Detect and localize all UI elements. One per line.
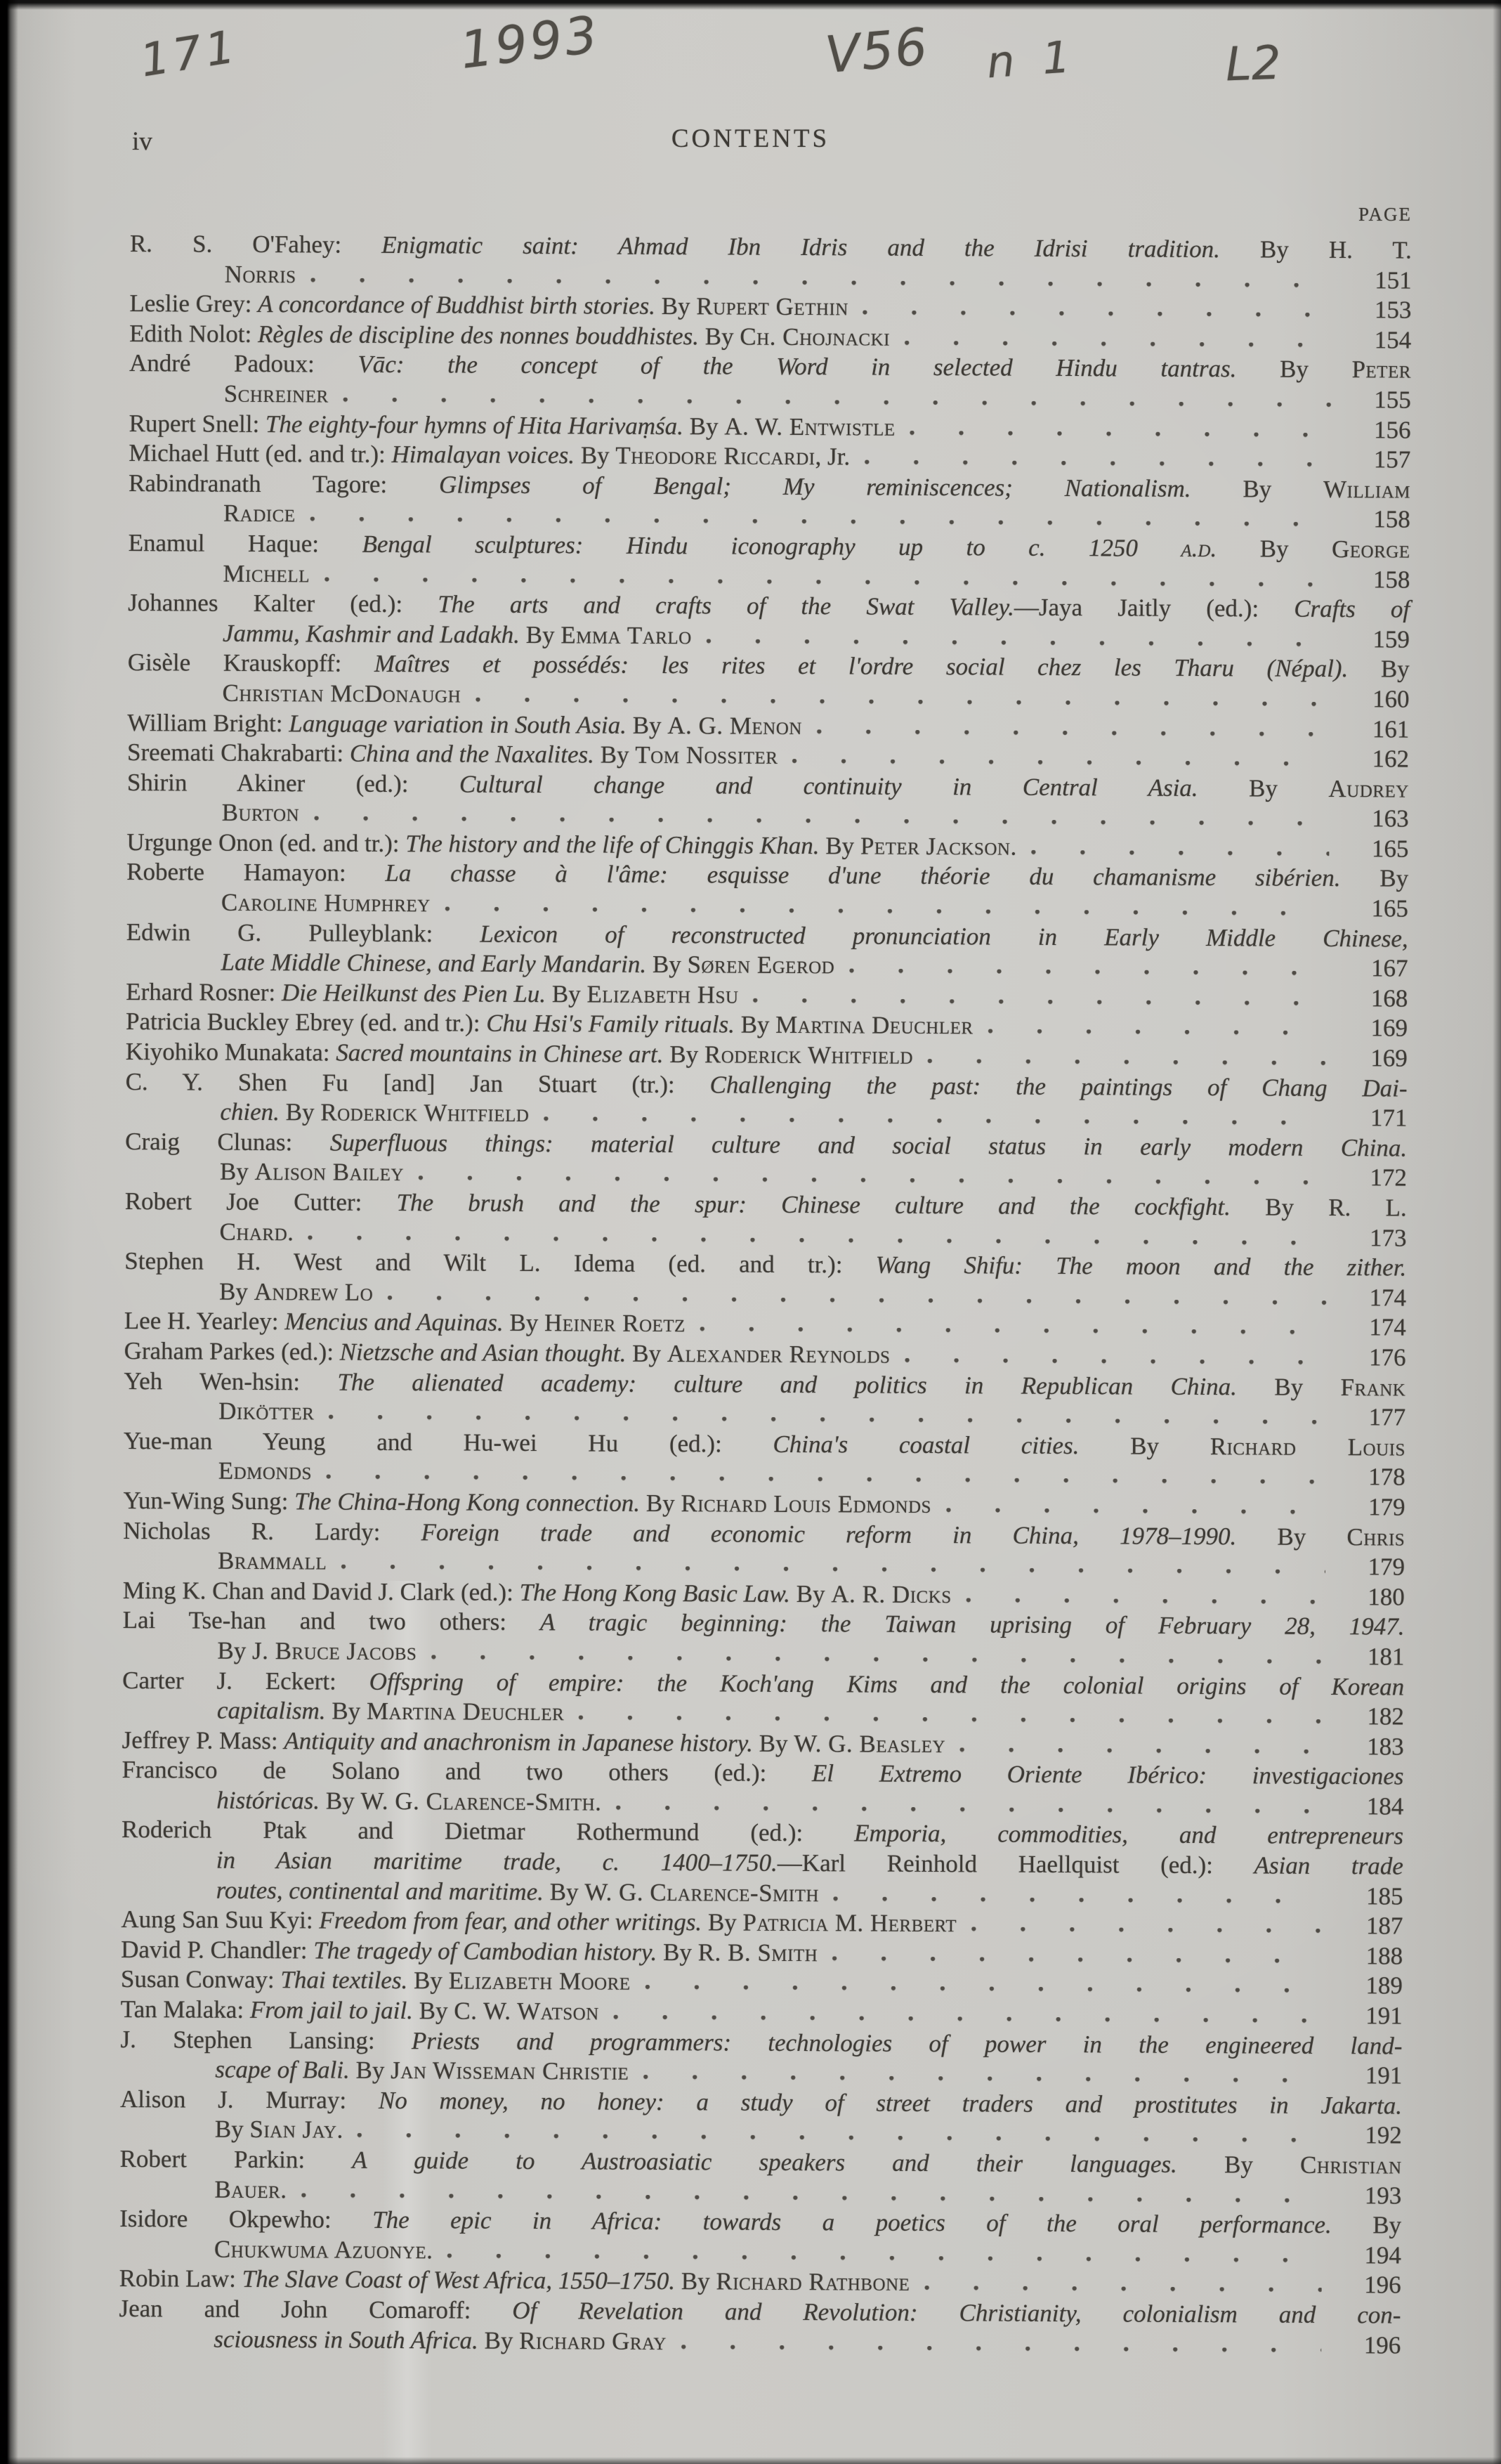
page-number: 179 <box>1338 1492 1405 1523</box>
dot-leader <box>615 1806 1324 1814</box>
entry-text: By Sian Jay. <box>215 2115 343 2146</box>
page-number: 187 <box>1336 1911 1403 1941</box>
handwritten-annotation: 171 <box>137 20 242 87</box>
scan-edge-bottom <box>0 2457 1501 2464</box>
entry-text: William Bright: Language variation in So… <box>127 708 802 741</box>
entry-text: Radice <box>223 499 296 529</box>
page-number: 189 <box>1336 1971 1403 2001</box>
entry-text: Graham Parkes (ed.): Nietzsche and Asian… <box>124 1336 891 1370</box>
dot-leader <box>387 1296 1327 1305</box>
entry-text: chien. By Roderick Whitfield <box>220 1097 529 1129</box>
entry-text: scape of Bali. By Jan Wisseman Christie <box>215 2055 629 2087</box>
page-number: 196 <box>1334 2331 1401 2361</box>
toc-entry: Lai Tse-han and two others: A tragic beg… <box>122 1605 1404 1672</box>
entry-text: Chukwuma Azuonye. <box>214 2234 433 2265</box>
entry-text: sciousness in South Africa. By Richard G… <box>214 2324 667 2357</box>
dot-leader <box>475 697 1330 706</box>
handwritten-annotation: V56 <box>823 17 931 84</box>
toc-entry: Johannes Kalter (ed.): The arts and craf… <box>128 588 1410 655</box>
entry-text: Michael Hutt (ed. and tr.): Himalayan vo… <box>129 438 850 472</box>
dot-leader <box>613 2015 1323 2023</box>
entry-text: Leslie Grey: A concordance of Buddhist b… <box>129 289 848 322</box>
page-number: 167 <box>1341 953 1408 984</box>
page-number: 192 <box>1335 2120 1402 2151</box>
entry-text: Roderich Ptak and Dietmar Rothermund (ed… <box>122 1816 1403 1850</box>
dot-leader <box>445 906 1329 916</box>
dot-leader <box>904 1358 1326 1365</box>
entry-text: Chard. <box>219 1217 294 1247</box>
scan-edge-right <box>1493 0 1501 2464</box>
entry-text: Robin Law: The Slave Coast of West Afric… <box>119 2264 910 2297</box>
toc-entry: R. S. O'Fahey: Enigmatic saint: Ahmad Ib… <box>130 229 1412 296</box>
dot-leader <box>301 2193 1322 2203</box>
page-number: 183 <box>1337 1732 1404 1762</box>
dot-leader <box>863 311 1332 318</box>
page-number: 155 <box>1344 385 1411 415</box>
entry-text: Robert Joe Cutter: The brush and the spu… <box>125 1187 1407 1222</box>
entry-text: Jeffrey P. Mass: Antiquity and anachroni… <box>122 1726 946 1760</box>
page-number: 171 <box>1340 1103 1407 1133</box>
toc-entry: Shirin Akiner (ed.): Cultural change and… <box>127 768 1409 835</box>
entry-text: R. S. O'Fahey: Enigmatic saint: Ahmad Ib… <box>130 230 1412 264</box>
page-number: 156 <box>1344 415 1410 445</box>
entry-text: Stephen H. West and Wilt L. Idema (ed. a… <box>124 1247 1406 1282</box>
entry-text: Carter J. Eckert: Offspring of empire: t… <box>122 1666 1404 1700</box>
dot-leader <box>700 1327 1327 1336</box>
dot-leader <box>447 2253 1322 2263</box>
page-number: 157 <box>1344 445 1410 475</box>
page-number: 154 <box>1344 325 1411 356</box>
entry-text: Lee H. Yearley: Mencius and Aquinas. By … <box>124 1306 686 1339</box>
dot-leader <box>910 430 1332 437</box>
entry-text: By Andrew Lo <box>219 1277 373 1308</box>
entry-text: Johannes Kalter (ed.): The arts and craf… <box>128 589 1410 623</box>
toc-entry: Roberte Hamayon: La chasse à l'âme: esqu… <box>126 857 1408 924</box>
page-number: 178 <box>1339 1462 1405 1492</box>
dot-leader <box>959 1747 1325 1754</box>
dot-leader <box>966 1598 1325 1605</box>
toc-entry: Enamul Haque: Bengal sculptures: Hindu i… <box>128 528 1410 595</box>
page-number: 165 <box>1342 834 1408 864</box>
scan-edge-top <box>0 0 1501 10</box>
dot-leader <box>904 341 1332 348</box>
entry-text: Shirin Akiner (ed.): Cultural change and… <box>127 769 1409 803</box>
handwritten-annotation: 1993 <box>457 4 603 80</box>
entry-text: By J. Bruce Jacobs <box>217 1636 417 1667</box>
toc-entry: Yue-man Yeung and Hu-wei Hu (ed.): China… <box>124 1426 1405 1493</box>
toc-entry: Nicholas R. Lardy: Foreign trade and eco… <box>123 1516 1405 1583</box>
entry-text: in Asian maritime trade, c. 1400–1750.—K… <box>216 1846 1403 1880</box>
page-number: 182 <box>1337 1702 1404 1732</box>
page-number: 161 <box>1342 715 1409 745</box>
page-number: 191 <box>1335 2061 1402 2091</box>
page-number: 169 <box>1341 1043 1408 1074</box>
entry-text: Ming K. Chan and David J. Clark (ed.): T… <box>123 1576 952 1610</box>
entry-text: Rupert Snell: The eighty-four hymns of H… <box>129 409 895 443</box>
entry-text: David P. Chandler: The tragedy of Cambod… <box>121 1935 818 1969</box>
dot-leader <box>833 1896 1324 1904</box>
toc-entry: Stephen H. West and Wilt L. Idema (ed. a… <box>124 1246 1406 1313</box>
entry-text: Bauer. <box>214 2175 287 2205</box>
page-number: 168 <box>1341 984 1408 1014</box>
toc-entry: Gisèle Krauskopff: Maîtres et possédés: … <box>127 648 1409 715</box>
entry-text: Burton <box>222 798 300 828</box>
dot-leader <box>752 998 1328 1006</box>
dot-leader <box>578 1715 1325 1724</box>
dot-leader <box>313 816 1330 827</box>
toc-entry: Yeh Wen-hsin: The alienated academy: cul… <box>124 1367 1405 1433</box>
toc-entry: André Padoux: Vāc: the concept of the Wo… <box>129 348 1411 415</box>
entry-text: Yeh Wen-hsin: The alienated academy: cul… <box>124 1367 1405 1402</box>
dot-leader <box>643 2075 1323 2083</box>
dot-leader <box>543 1116 1328 1126</box>
entry-text: André Padoux: Vāc: the concept of the Wo… <box>129 349 1411 384</box>
dot-leader <box>864 460 1331 467</box>
handwritten-annotation: L2 <box>1225 36 1282 92</box>
page-number: 165 <box>1342 894 1408 924</box>
entry-text: Urgunge Onon (ed. and tr.): The history … <box>126 828 1016 862</box>
dot-leader <box>418 1176 1328 1186</box>
toc-entry: Robert Parkin: A guide to Austroasiatic … <box>119 2144 1401 2211</box>
dot-leader <box>945 1508 1326 1515</box>
entry-text: Aung San Suu Kyi: Freedom from fear, and… <box>121 1905 957 1939</box>
entry-text: Caroline Humphrey <box>221 888 431 919</box>
entry-text: Jammu, Kashmir and Ladakh. By Emma Tarlo <box>223 618 692 651</box>
page-number: 158 <box>1343 565 1410 595</box>
page-number: 196 <box>1335 2270 1401 2300</box>
entry-text: Yue-man Yeung and Hu-wei Hu (ed.): China… <box>124 1427 1405 1461</box>
toc-entry: Craig Clunas: Superfluous things: materi… <box>125 1127 1407 1194</box>
dot-leader <box>848 969 1328 977</box>
toc-entry: Rabindranath Tagore: Glimpses of Bengal;… <box>129 469 1410 535</box>
page-number: 181 <box>1337 1642 1404 1672</box>
entry-text: J. Stephen Lansing: Priests and programm… <box>120 2026 1402 2060</box>
page-number: 174 <box>1339 1283 1406 1313</box>
toc-entry: J. Stephen Lansing: Priests and programm… <box>120 2025 1402 2092</box>
page-column-label: PAGE <box>1358 204 1412 226</box>
entry-text: Enamul Haque: Bengal sculptures: Hindu i… <box>129 529 1410 563</box>
page-number: 151 <box>1345 266 1412 296</box>
page-number: 191 <box>1336 2001 1403 2031</box>
entry-text: Robert Parkin: A guide to Austroasiatic … <box>120 2145 1402 2179</box>
page-number: 173 <box>1339 1223 1406 1253</box>
toc-entry: Alison J. Murray: No money, no honey: a … <box>120 2085 1402 2151</box>
scanned-page: 1711993V56n 1L2 iv CONTENTS PAGE R. S. O… <box>0 0 1501 2464</box>
dot-leader <box>645 1985 1323 1993</box>
entry-text: históricas. By W. G. Clarence-Smith. <box>216 1786 601 1818</box>
toc-entry: Carter J. Eckert: Offspring of empire: t… <box>122 1665 1404 1732</box>
page-number: 184 <box>1337 1792 1403 1822</box>
page-number: 174 <box>1339 1312 1406 1343</box>
toc-entry: Edwin G. Pulleyblank: Lexicon of reconst… <box>126 918 1408 984</box>
entry-text: Patricia Buckley Ebrey (ed. and tr.): Ch… <box>126 1007 974 1041</box>
page-number: 176 <box>1339 1343 1406 1373</box>
entry-text: Edwin G. Pulleyblank: Lexicon of reconst… <box>126 918 1408 953</box>
page-number: 158 <box>1344 504 1410 535</box>
entry-text: Isidore Okpewho: The epic in Africa: tow… <box>119 2205 1401 2239</box>
page-number: 172 <box>1340 1163 1407 1193</box>
toc-entry: Jean and John Comaroff: Of Revelation an… <box>119 2294 1401 2361</box>
page-number: 159 <box>1343 625 1410 655</box>
page-number: 177 <box>1339 1402 1405 1433</box>
dot-leader <box>681 2345 1321 2353</box>
dot-leader <box>308 1235 1328 1246</box>
entry-text: C. Y. Shen Fu [and] Jan Stuart (tr.): Ch… <box>126 1068 1408 1102</box>
entry-text: Kiyohiko Munakata: Sacred mountains in C… <box>126 1037 913 1071</box>
dot-leader <box>792 759 1330 767</box>
page-number: 163 <box>1342 804 1409 834</box>
page-number: 180 <box>1338 1582 1405 1612</box>
dot-leader <box>988 1029 1329 1036</box>
handwritten-annotation: n 1 <box>985 31 1079 89</box>
entry-text: Yun-Wing Sung: The China-Hong Kong conne… <box>123 1486 931 1520</box>
entry-text: Jean and John Comaroff: Of Revelation an… <box>119 2295 1401 2329</box>
entry-text: Edmonds <box>218 1456 312 1487</box>
toc-entry: Roderich Ptak and Dietmar Rothermund (ed… <box>122 1815 1404 1911</box>
page-number: 193 <box>1335 2181 1401 2211</box>
entry-text: Francisco de Solano and two others (ed.)… <box>122 1756 1403 1790</box>
entry-text: routes, continental and maritime. By W. … <box>216 1875 820 1908</box>
dot-leader <box>816 729 1330 737</box>
entry-text: Christian McDonaugh <box>222 679 461 710</box>
dot-leader <box>343 398 1332 408</box>
dot-leader <box>971 1927 1323 1934</box>
entry-text: Gisèle Krauskopff: Maîtres et possédés: … <box>128 648 1410 683</box>
toc-entry: Francisco de Solano and two others (ed.)… <box>122 1755 1403 1822</box>
dot-leader <box>326 1475 1326 1485</box>
table-of-contents: R. S. O'Fahey: Enigmatic saint: Ahmad Ib… <box>119 229 1412 2361</box>
entry-text: Lai Tse-han and two others: A tragic beg… <box>123 1606 1405 1641</box>
dot-leader <box>431 1655 1325 1664</box>
dot-leader <box>310 278 1332 288</box>
dot-leader <box>328 1415 1326 1425</box>
entry-text: Brammall <box>218 1546 327 1577</box>
entry-text: Sreemati Chakrabarti: China and the Naxa… <box>127 738 778 771</box>
entry-text: Roberte Hamayon: La chasse à l'âme: esqu… <box>126 858 1408 892</box>
entry-text: Craig Clunas: Superfluous things: materi… <box>125 1128 1407 1162</box>
entry-text: Norris <box>225 259 296 289</box>
entry-text: Nicholas R. Lardy: Foreign trade and eco… <box>123 1517 1405 1551</box>
page-number: 160 <box>1342 684 1409 715</box>
dot-leader <box>924 2286 1321 2293</box>
entry-text: Erhard Rosner: Die Heilkunst des Pien Lu… <box>126 977 738 1010</box>
entry-text: Tan Malaka: From jail to jail. By C. W. … <box>121 1995 599 2027</box>
page-number: 153 <box>1344 295 1411 325</box>
page-number: 185 <box>1336 1882 1403 1912</box>
page-title: CONTENTS <box>0 124 1501 154</box>
entry-text: Michell <box>223 559 310 589</box>
toc-entry: C. Y. Shen Fu [and] Jan Stuart (tr.): Ch… <box>125 1067 1407 1134</box>
entry-text: capitalism. By Martina Deuchler <box>217 1696 565 1728</box>
dot-leader <box>832 1956 1323 1964</box>
toc-entry: Robert Joe Cutter: The brush and the spu… <box>124 1187 1406 1253</box>
entry-text: Dikötter <box>218 1397 314 1427</box>
dot-leader <box>1030 850 1329 856</box>
scan-edge-left <box>0 0 18 2464</box>
dot-leader <box>310 517 1331 528</box>
dot-leader <box>341 1565 1325 1575</box>
page-number: 194 <box>1335 2241 1401 2271</box>
toc-entry: Isidore Okpewho: The epic in Africa: tow… <box>119 2204 1401 2271</box>
page-number: 179 <box>1338 1552 1405 1582</box>
entry-text: Rabindranath Tagore: Glimpses of Bengal;… <box>129 469 1410 504</box>
page-number: 169 <box>1341 1013 1408 1043</box>
dot-leader <box>706 639 1330 647</box>
entry-text: Susan Conway: Thai textiles. By Elizabet… <box>121 1964 631 1997</box>
dot-leader <box>357 2133 1323 2143</box>
entry-text: Schreiner <box>224 379 329 410</box>
page-number: 188 <box>1336 1941 1403 1971</box>
entry-text: Edith Nolot: Règles de discipline des no… <box>129 319 890 353</box>
page-number: 162 <box>1342 744 1409 774</box>
dot-leader <box>324 577 1331 587</box>
entry-text: Alison J. Murray: No money, no honey: a … <box>120 2085 1402 2120</box>
entry-text: By Alison Bailey <box>220 1157 404 1188</box>
entry-text: Late Middle Chinese, and Early Mandarin.… <box>221 948 834 981</box>
dot-leader <box>927 1059 1328 1066</box>
